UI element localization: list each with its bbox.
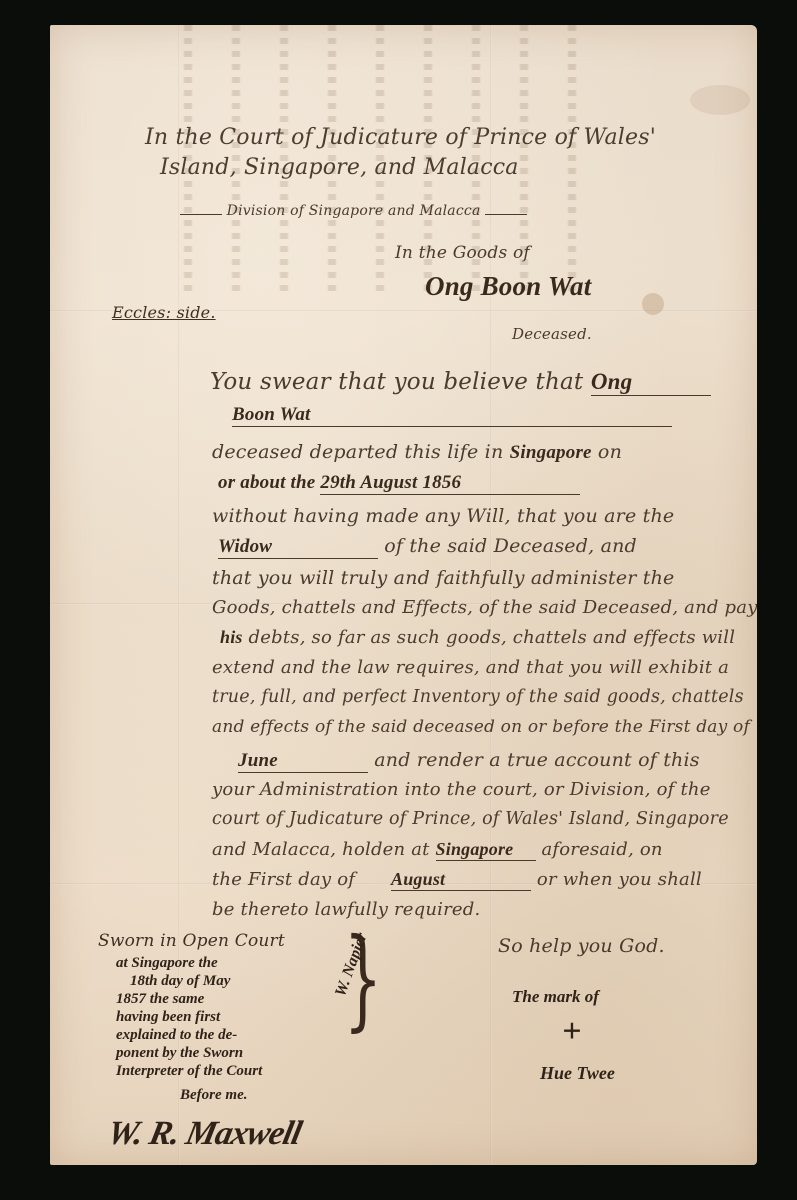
oath-line: extend and the law requires, and that yo… <box>212 657 729 678</box>
court-heading-line1: In the Court of Judicature of Prince of … <box>145 125 656 150</box>
jurat-line: Sworn in Open Court <box>98 931 285 951</box>
filled-name-part2: Boon Wat <box>232 404 672 427</box>
deceased-name: Ong Boon Wat <box>425 271 591 302</box>
judge-signature: W. R. Maxwell <box>104 1115 304 1153</box>
oath-line: or about the 29th August 1856 <box>218 471 580 495</box>
oath-line: and Malacca, holden at Singapore aforesa… <box>212 839 663 861</box>
court-heading-line2: Island, Singapore, and Malacca <box>160 155 519 180</box>
document-paper: In the Court of Judicature of Prince of … <box>50 25 757 1165</box>
division-heading: Division of Singapore and Malacca <box>180 203 527 219</box>
oath-line: without having made any Will, that you a… <box>212 505 674 527</box>
oath-closing: So help you God. <box>498 935 665 957</box>
division-text: Division of Singapore and Malacca <box>227 203 481 219</box>
filled-inventory-month: June <box>238 750 368 773</box>
oath-line: true, full, and perfect Inventory of the… <box>212 687 744 707</box>
filled-place: Singapore <box>510 442 592 463</box>
jurat-line: explained to the de- <box>116 1027 237 1044</box>
jurat-line: Interpreter of the Court <box>116 1063 262 1080</box>
filled-date: 29th August 1856 <box>320 472 580 495</box>
jurat-line: having been first <box>116 1009 220 1026</box>
oath-line: You swear that you believe that Ong <box>210 369 711 396</box>
jurat-line: 18th day of May <box>130 973 230 990</box>
stain-spot <box>642 293 664 315</box>
stain-corner <box>690 85 750 115</box>
filled-pronoun: his <box>220 627 243 647</box>
division-rule-right <box>485 214 527 215</box>
filled-court-place: Singapore <box>436 839 536 861</box>
oath-line: Widow of the said Deceased, and <box>218 535 637 559</box>
deponent-mark: + <box>562 1013 581 1051</box>
filled-name-part1: Ong <box>591 369 711 396</box>
oath-line: court of Judicature of Prince, of Wales'… <box>212 809 729 829</box>
mark-label: The mark of <box>512 987 599 1007</box>
filled-relationship: Widow <box>218 536 378 559</box>
scan-frame: In the Court of Judicature of Prince of … <box>0 0 797 1200</box>
oath-line: the First day of August or when you shal… <box>212 869 702 891</box>
deponent-name: Hue Twee <box>540 1063 615 1084</box>
deceased-label: Deceased. <box>512 325 592 343</box>
margin-note: Eccles: side. <box>112 303 216 322</box>
oath-line: and effects of the said deceased on or b… <box>212 717 750 737</box>
in-the-goods-of: In the Goods of <box>395 243 530 263</box>
oath-line: his debts, so far as such goods, chattel… <box>220 627 735 648</box>
jurat-line: 1857 the same <box>116 991 204 1008</box>
division-rule-left <box>180 214 222 215</box>
oath-line: June and render a true account of this <box>238 749 700 773</box>
jurat-line: ponent by the Sworn <box>116 1045 243 1062</box>
jurat-line: at Singapore the <box>116 955 218 972</box>
judge-title: Recorder of Singapore <box>118 1163 309 1165</box>
filled-account-month: August <box>391 869 531 891</box>
oath-line: your Administration into the court, or D… <box>212 779 711 800</box>
oath-line: Goods, chattels and Effects, of the said… <box>212 597 757 618</box>
oath-line: deceased departed this life in Singapore… <box>212 441 622 464</box>
oath-line: Boon Wat <box>232 403 672 427</box>
before-me: Before me. <box>180 1087 247 1104</box>
oath-line: that you will truly and faithfully admin… <box>212 567 675 589</box>
